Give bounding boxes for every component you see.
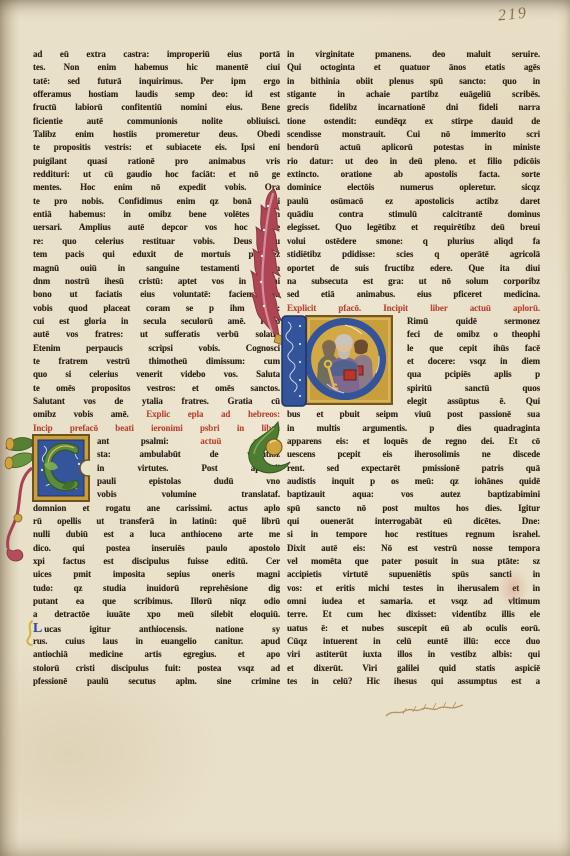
body-text: Rimū quidē sermonez <box>407 316 540 326</box>
text-line: reddituri: ut cū gaudio hoc faciāt: et n… <box>33 168 280 181</box>
illuminated-initial-p <box>280 314 394 408</box>
body-text: te propositis vestris: et subiacete eis.… <box>33 142 280 152</box>
text-line: bendorū actuū aplicorū potestas in minis… <box>287 141 540 154</box>
text-line: Incip prefacō beati ieronimi psbri in li… <box>33 422 280 435</box>
body-text: spiritū sanctū quos <box>407 383 540 393</box>
text-line: rio datur: ut deo in deū pleno. et filio… <box>287 155 540 168</box>
text-line: na subsecuta est gra: ut nō solum corpor… <box>287 275 540 288</box>
text-line: te omēs propositos vestros: et omēs sanc… <box>33 382 280 395</box>
text-column-left: ad eū extra castra: improperiū eius port… <box>33 48 280 689</box>
text-line: Salutant vos de ytalia fratres. Gratia c… <box>33 395 280 408</box>
body-text: domnion et rogatu ane carissimi. actus a… <box>33 503 280 513</box>
text-line: baptizauit aqua: vos autez baptizabimini <box>287 488 540 501</box>
text-line: si in tempore hoc restitues regnum israh… <box>287 528 540 541</box>
text-line: tatē: sed futurā inquirimus. Per ipm erg… <box>33 75 280 88</box>
text-line: antiochiā medicine artis egregius. et ap… <box>33 648 280 661</box>
body-text: Cūqz intuerent in celū euntē illū: ecce … <box>287 636 540 646</box>
text-line: audistis inquit p os meū: qz iohānes qui… <box>287 475 540 488</box>
text-line: et docere: vsqz in diem <box>407 355 540 368</box>
rubric-text: Incip prefacō beati ieronimi psbri in li… <box>33 423 280 433</box>
text-line: feci de omibz o theophi <box>407 328 540 341</box>
body-text: tes. Non enim habemus hic manentē ciui <box>33 62 280 72</box>
initial-l-flourish-icon <box>23 619 37 647</box>
text-line: le que cepit ihūs facē <box>407 342 540 355</box>
text-line: rū opellis ut transferā in latinū: quē l… <box>33 515 280 528</box>
text-line: offeramus hostiam laudis semp deo: id es… <box>33 88 280 101</box>
text-line: Explicit pfacō. Incipit liber actuū aplo… <box>287 302 540 315</box>
body-text: tatē: sed futurā inquirimus. Per ipm erg… <box>33 76 280 86</box>
text-line: dico. qui postea inseruiēs paulo apostol… <box>33 542 280 555</box>
body-text: terre. Et cum hec dixisset: videntibz il… <box>287 609 540 619</box>
body-text: stolorū cristi discipulus fuit: postea v… <box>33 663 280 673</box>
body-text: Dixit autē eis: Nō est vestrū nosse temp… <box>287 543 540 553</box>
text-line: stidiētibz pdidisse: scies q operātē agr… <box>287 248 540 261</box>
body-text: rus. cuius laus in euangelio canitur. ap… <box>33 636 280 646</box>
text-line: quādiu contra stimulū calcitrantē dominu… <box>287 208 540 221</box>
margin-spray-ornament-icon <box>2 432 36 572</box>
body-text: bus et pbuit seipm viuū post passionē su… <box>287 409 540 419</box>
text-line: sed etiā animabus. eius pficeret medicin… <box>287 288 540 301</box>
body-text: te omēs propositos vestros: et omēs sanc… <box>33 383 280 393</box>
text-line: rus. cuius laus in euangelio canitur. ap… <box>33 635 280 648</box>
body-text: vobis volumine translataf. <box>97 489 280 499</box>
rubric-text: Explic epla ad hebreos: <box>146 409 280 419</box>
text-line: tudo: qz studia inuidorū reprehēsione di… <box>33 582 280 595</box>
body-text: si in tempore hoc restitues regnum israh… <box>287 529 540 539</box>
text-line: te propositis vestris: et subiacete eis.… <box>33 141 280 154</box>
text-line: in virginitate pmanens. deo maluit serui… <box>287 48 540 61</box>
text-line: fructū labiorū confitentiū nomini eius. … <box>33 101 280 114</box>
text-line: uescens pcepit eis iherosolimis ne disce… <box>287 448 540 461</box>
body-text: in virginitate pmanens. deo maluit serui… <box>287 49 540 59</box>
text-line: Talibz enim hostiis promeretur deus. Obe… <box>33 128 280 141</box>
body-text: Talibz enim hostiis promeretur deus. Obe… <box>33 129 280 139</box>
text-line: in bithinia obiit plenus spū sancto: quo… <box>287 75 540 88</box>
body-text: qui ouenerāt interrogabāt eū dicētes. Dn… <box>287 516 540 526</box>
body-text: fructū labiorū confitentiū nomini eius. … <box>33 102 280 112</box>
body-text: rent. sed expectarēt pmissionē patris qu… <box>287 463 540 473</box>
text-line: uices pmit imposita sepius oneris magni <box>33 568 280 581</box>
text-line: xpi factus est discipulus fuisse editū. … <box>33 555 280 568</box>
body-text: viri astiterūt iuxta illos in vestibz al… <box>287 649 540 659</box>
text-line: vobis volumine translataf. <box>97 488 280 501</box>
body-text: vel momēta que pater posuit in sua ptāte… <box>287 556 540 566</box>
body-text: paulū osūmacō ez apostolicis actibz dare… <box>287 196 540 206</box>
text-line: elegit assūptus ē. Qui <box>407 395 540 408</box>
text-line: bus et pbuit seipm viuū post passionē su… <box>287 408 540 421</box>
text-line: rent. sed expectarēt pmissionē patris qu… <box>287 462 540 475</box>
body-text: stigante in achaie partibz euāgeliū scri… <box>287 89 540 99</box>
body-text: dico. qui postea inseruiēs paulo apostol… <box>33 543 280 553</box>
text-line: volui ostēdere smone: q plurius aliqd fa <box>287 235 540 248</box>
body-text: uatus ē: et nubes suscepit eū ab oculis … <box>287 623 540 633</box>
body-text: offeramus hostiam laudis semp deo: id es… <box>33 89 280 99</box>
text-line: Rimū quidē sermonez <box>407 315 540 328</box>
text-line: tes in celū? Hic ihesus qui assumptus es… <box>287 675 540 688</box>
text-line: spū sancto nō post multos hos dies. Igit… <box>287 502 540 515</box>
red-smudge <box>498 568 528 608</box>
body-text: qua pcipiēs aplis p <box>407 369 540 379</box>
body-text: rū opellis ut transferā in latinū: quē l… <box>33 516 280 526</box>
body-text: grecis fidelibz incarnationē dni fideli … <box>287 102 540 112</box>
text-line: vel momēta que pater posuit in sua ptāte… <box>287 555 540 568</box>
text-line: stolorū cristi discipulus fuit: postea v… <box>33 662 280 675</box>
body-text: ficientie autē communionis nolite obliui… <box>33 116 280 126</box>
body-text: in multis argumentis. p dies quadraginta <box>287 423 540 433</box>
body-text: spū sancto nō post multos hos dies. Igit… <box>287 503 540 513</box>
body-text: feci de omibz o theophi <box>407 329 540 339</box>
body-text: elegisset. Quo legētibz et requirētibz d… <box>287 222 540 232</box>
text-line: apparens eis: et loquēs de regno dei. Et… <box>287 435 540 448</box>
body-text: a detractōe iuuāte xpo meū silebit eloqu… <box>33 609 280 619</box>
text-line: Qui octoginta et quatuor ānos etatis agē… <box>287 61 540 74</box>
body-text: omibz vobis amē. <box>33 409 146 419</box>
text-line: pfessionē paulū secutus aplm. sine crimi… <box>33 675 280 688</box>
body-text: nulli dubiū est a luca anthioceno arte m… <box>33 529 280 539</box>
body-text: apparens eis: et loquēs de regno dei. Et… <box>287 436 540 446</box>
folio-number: 219 <box>497 4 529 25</box>
text-line: grecis fidelibz incarnationē dni fideli … <box>287 101 540 114</box>
text-line: uatus ē: et nubes suscepit eū ab oculis … <box>287 622 540 635</box>
text-line: scendisse monstrauit. Cui nō immerito sc… <box>287 128 540 141</box>
body-text: audistis inquit p os meū: qz iohānes qui… <box>287 476 540 486</box>
body-text: uescens pcepit eis iherosolimis ne disce… <box>287 449 540 459</box>
body-text: scendisse monstrauit. Cui nō immerito sc… <box>287 129 540 139</box>
body-text: bendorū actuū aplicorū potestas in minis… <box>287 142 540 152</box>
text-line: qua pcipiēs aplis p <box>407 368 540 381</box>
text-line: a detractōe iuuāte xpo meū silebit eloqu… <box>33 608 280 621</box>
body-text: te fratrem vestrū thimotheū dimissum: cu… <box>33 356 280 366</box>
text-line: te fratrem vestrū thimotheū dimissum: cu… <box>33 355 280 368</box>
text-line: qui ouenerāt interrogabāt eū dicētes. Dn… <box>287 515 540 528</box>
body-text: puigilant quasi rationē pro animabus vri… <box>33 156 280 166</box>
text-line: tes. Non enim habemus hic manentē ciui <box>33 61 280 74</box>
text-line: extincto. oratione ab apostolis facta. s… <box>287 168 540 181</box>
manuscript-photo: 219 ad eū extra castra: improperiū eius … <box>0 0 570 856</box>
text-line: domnion et rogatu ane carissimi. actus a… <box>33 502 280 515</box>
text-line: spiritū sanctū quos <box>407 382 540 395</box>
text-line: Cūqz intuerent in celū euntē illū: ecce … <box>287 635 540 648</box>
text-line: ad eū extra castra: improperiū eius port… <box>33 48 280 61</box>
text-line: putant ea que scribimus. Illorū nīqz odi… <box>33 595 280 608</box>
body-text: xpi factus est discipulus fuisse editū. … <box>33 556 280 566</box>
body-text: dominice electōis numerus opleretur. sic… <box>287 182 540 192</box>
body-text: elegit assūptus ē. Qui <box>407 396 540 406</box>
body-text: ad eū extra castra: improperiū eius port… <box>33 49 280 59</box>
text-line: viri astiterūt iuxta illos in vestibz al… <box>287 648 540 661</box>
body-text: le que cepit ihūs facē <box>407 343 540 353</box>
body-text: volui ostēdere smone: q plurius aliqd fa <box>287 236 540 246</box>
text-line: paulū osūmacō ez apostolicis actibz dare… <box>287 195 540 208</box>
body-text: et docere: vsqz in diem <box>407 356 540 366</box>
body-text: extincto. oratione ab apostolis facta. s… <box>287 169 540 179</box>
rubric-text: Explicit pfacō. Incipit liber actuū aplo… <box>287 303 540 313</box>
body-text: sed etiā animabus. eius pficeret medicin… <box>287 289 540 299</box>
body-text: baptizauit aqua: vos autez baptizabimini <box>287 489 540 499</box>
body-text: tes in celū? Hic ihesus qui assumptus es… <box>287 676 540 686</box>
body-text: Qui octoginta et quatuor ānos etatis agē… <box>287 62 540 72</box>
body-text: na subsecuta est gra: ut nō solum corpor… <box>287 276 540 286</box>
text-line: quo si celerius venerit videbo vos. Salu… <box>33 368 280 381</box>
body-text: pfessionē paulū secutus aplm. sine crimi… <box>33 676 280 686</box>
text-line: stigante in achaie partibz euāgeliū scri… <box>287 88 540 101</box>
stitch-mark-icon <box>383 700 467 722</box>
illuminated-initial-c <box>32 434 90 502</box>
body-text: putant ea que scribimus. Illorū nīqz odi… <box>33 596 280 606</box>
text-line: oportet de suis fructibz edere. Que ita … <box>287 262 540 275</box>
body-text: quo si celerius venerit videbo vos. Salu… <box>33 369 280 379</box>
text-line: puigilant quasi rationē pro animabus vri… <box>33 155 280 168</box>
text-line: Dixit autē eis: Nō est vestrū nosse temp… <box>287 542 540 555</box>
text-line: nulli dubiū est a luca anthioceno arte m… <box>33 528 280 541</box>
text-line: omibz vobis amē. Explic epla ad hebreos: <box>33 408 280 421</box>
body-text: rio datur: ut deo in deū pleno. et filio… <box>287 156 540 166</box>
body-text: uices pmit imposita sepius oneris magni <box>33 569 280 579</box>
text-line: tione ostendit: eundēqz ex stirpe dauid … <box>287 115 540 128</box>
body-text: oportet de suis fructibz edere. Que ita … <box>287 263 540 273</box>
text-line: Lucas igitur anthiocensis. natione sy <box>33 622 280 635</box>
body-text: ant psalmi: <box>97 436 200 446</box>
body-text: quādiu contra stimulū calcitrantē dominu… <box>287 209 540 219</box>
body-text: in bithinia obiit plenus spū sancto: quo… <box>287 76 540 86</box>
body-text: tudo: qz studia inuidorū reprehēsione di… <box>33 583 280 593</box>
text-line: et dixerūt. Viri galilei quid statis asp… <box>287 662 540 675</box>
text-line: terre. Et cum hec dixisset: videntibz il… <box>287 608 540 621</box>
body-text: stidiētibz pdidisse: scies q operātē agr… <box>287 249 540 259</box>
text-line: elegisset. Quo legētibz et requirētibz d… <box>287 221 540 234</box>
text-line: in multis argumentis. p dies quadraginta <box>287 422 540 435</box>
body-text: Salutant vos de ytalia fratres. Gratia c… <box>33 396 280 406</box>
body-text: ucas igitur anthiocensis. natione sy <box>44 624 280 634</box>
text-line: ficientie autē communionis nolite obliui… <box>33 115 280 128</box>
body-text: et dixerūt. Viri galilei quid statis asp… <box>287 663 540 673</box>
body-text: tione ostendit: eundēqz ex stirpe dauid … <box>287 116 540 126</box>
body-text: reddituri: ut cū gaudio hoc faciāt: et n… <box>33 169 280 179</box>
gutter-leaf-ornament-icon <box>244 420 294 490</box>
manuscript-page: 219 ad eū extra castra: improperiū eius … <box>0 0 570 856</box>
text-line: dominice electōis numerus opleretur. sic… <box>287 181 540 194</box>
body-text: antiochiā medicine artis egregius. et ap… <box>33 649 280 659</box>
